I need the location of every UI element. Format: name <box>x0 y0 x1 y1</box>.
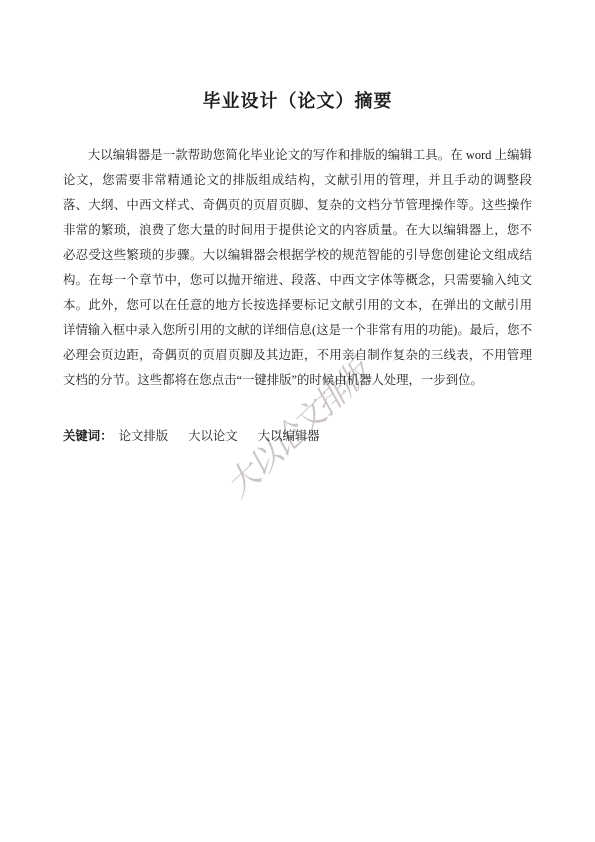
page-title: 毕业设计（论文）摘要 <box>0 87 595 113</box>
keyword-item: 论文排版 <box>119 429 169 443</box>
abstract-paragraph: 大以编辑器是一款帮助您简化毕业论文的写作和排版的编辑工具。在 word 上编辑论… <box>63 143 532 393</box>
keyword-item: 大以编辑器 <box>258 429 320 443</box>
keywords-label: 关键词： <box>63 429 113 443</box>
document-page: 大以论文排版 毕业设计（论文）摘要 大以编辑器是一款帮助您简化毕业论文的写作和排… <box>0 0 595 842</box>
keyword-item: 大以论文 <box>188 429 238 443</box>
keywords-line: 关键词：论文排版大以论文大以编辑器 <box>63 424 320 449</box>
